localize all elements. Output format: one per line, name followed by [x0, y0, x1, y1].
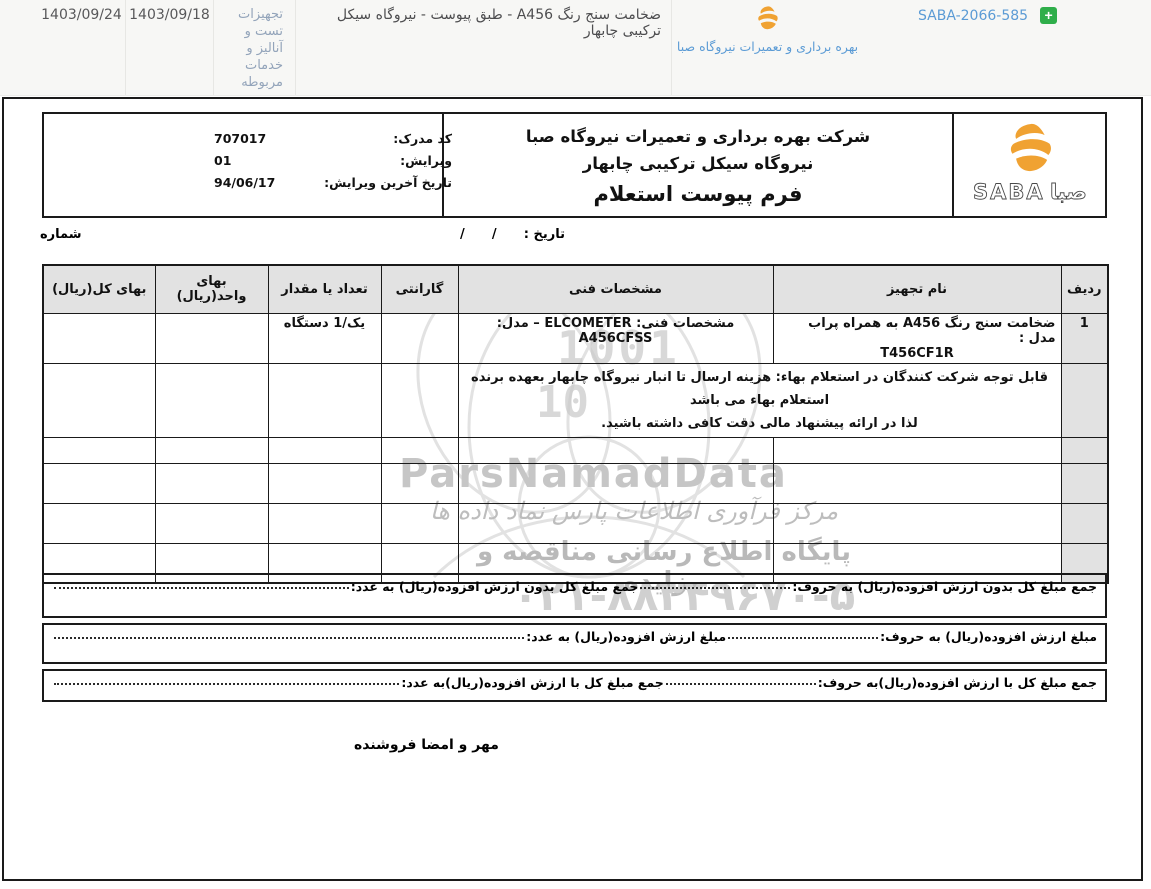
vat-words-label: مبلغ ارزش افزوده(ریال) به حروف: [880, 629, 1097, 644]
company-title: شرکت بهره برداری و تعمیرات نیروگاه صبا [444, 123, 952, 150]
empty-cell [43, 503, 155, 543]
vat-digits-label: مبلغ ارزش افزوده(ریال) به عدد: [526, 629, 726, 644]
table-row: 1 ضخامت سنج رنگ A456 به همراه پراب مدل :… [43, 313, 1108, 363]
total-without-vat-words-label: جمع مبلغ کل بدون ارزش افزوده(ریال) به حر… [792, 579, 1097, 594]
empty-cell [155, 463, 268, 503]
note-line1: قابل توجه شرکت کنندگان در استعلام بهاء: … [464, 366, 1056, 412]
dotted-fill [54, 579, 349, 589]
items-table: ردیف نام تجهیز مشخصات فنی گارانتی تعداد … [42, 264, 1109, 584]
item-unit-price-cell [155, 313, 268, 363]
reference-cell: SABA-2066-585 + [863, 0, 1151, 95]
publish-date: 1403/09/18 [125, 0, 213, 95]
form-title: فرم پیوست استعلام [444, 177, 952, 211]
dotted-fill [728, 629, 878, 639]
listing-title-cell: ضخامت سنج رنگ A456 - طبق پیوست - نیروگاه… [295, 0, 671, 95]
date-number-line: تاریخ : / / شماره [4, 227, 1141, 247]
company-logo-cell: SABA صبا [952, 114, 1105, 216]
number-label: شماره [40, 227, 82, 242]
total-with-vat-words-label: جمع مبلغ کل با ارزش افزوده(ریال)به حروف: [818, 675, 1097, 690]
dotted-fill [640, 579, 790, 589]
note-cell: قابل توجه شرکت کنندگان در استعلام بهاء: … [458, 363, 1061, 437]
total-without-vat-box: جمع مبلغ کل بدون ارزش افزوده(ریال) به حر… [42, 573, 1107, 618]
logo-latin-text: SABA [973, 180, 1045, 204]
empty-cell [773, 463, 1061, 503]
empty-row [43, 437, 1108, 463]
empty-cell [268, 463, 381, 503]
item-total-price-cell [43, 313, 155, 363]
col-header-specs: مشخصات فنی [458, 265, 773, 313]
col-header-unit-price: بهای واحد(ریال) [155, 265, 268, 313]
category-text: تجهیزات تست و آنالیز و خدمات مربوطه [238, 7, 283, 90]
item-warranty-cell [381, 313, 458, 363]
total-with-vat-box: جمع مبلغ کل با ارزش افزوده(ریال)به حروف:… [42, 669, 1107, 702]
empty-row-no-cell [1061, 503, 1108, 543]
deadline-date: 1403/09/24 [38, 0, 125, 95]
empty-cell [155, 363, 268, 437]
dotted-fill [666, 675, 816, 685]
note-line2: لذا در ارائه پیشنهاد مالی دقت کافی داشته… [464, 412, 1056, 435]
saba-logo-icon [753, 4, 783, 34]
form-titles: شرکت بهره برداری و تعمیرات نیروگاه صبا ن… [444, 114, 952, 216]
table-header-row: ردیف نام تجهیز مشخصات فنی گارانتی تعداد … [43, 265, 1108, 313]
item-name-line2: T456CF1R [779, 346, 1056, 361]
empty-cell [458, 437, 773, 463]
empty-cell [43, 463, 155, 503]
reference-link[interactable]: SABA-2066-585 [918, 8, 1028, 24]
empty-cell [268, 437, 381, 463]
dotted-fill [54, 675, 399, 685]
empty-cell [381, 363, 458, 437]
note-row-no-cell [1061, 363, 1108, 437]
col-header-total-price: بهای کل(ریال) [43, 265, 155, 313]
seller-signature-label: مهر و امضا فروشنده [354, 737, 499, 753]
empty-row-no-cell [1061, 437, 1108, 463]
item-name-line1: ضخامت سنج رنگ A456 به همراه پراب مدل : [779, 316, 1056, 346]
empty-cell [773, 503, 1061, 543]
total-without-vat-digits-label: جمع مبلغ کل بدون ارزش افزوده(ریال) به عد… [351, 579, 639, 594]
empty-cell [43, 363, 155, 437]
col-header-quantity: تعداد یا مقدار [268, 265, 381, 313]
category-cell: تجهیزات تست و آنالیز و خدمات مربوطه [213, 0, 295, 95]
empty-cell [268, 503, 381, 543]
logo-farsi-text: صبا [1050, 180, 1087, 204]
org-logo-cell: بهره برداری و تعمیرات نیروگاه صبا [671, 0, 863, 95]
empty-cell [458, 463, 773, 503]
vat-amount-box: مبلغ ارزش افزوده(ریال) به حروف: مبلغ ارز… [42, 623, 1107, 664]
topbar: 1403/09/24 1403/09/18 تجهیزات تست و آنال… [0, 0, 1151, 96]
deadline-date-text: 1403/09/24 [41, 7, 122, 23]
empty-cell [43, 437, 155, 463]
doc-code-value: 707017 [214, 128, 266, 150]
saba-logo: SABA صبا [955, 119, 1105, 211]
empty-cell [458, 503, 773, 543]
document-page: 010101 1001 10 ParsNamadData مرکز فرآوری… [2, 97, 1143, 881]
doc-revdate-label: تاریخ آخرین ویرایش: [324, 172, 452, 194]
empty-row [43, 463, 1108, 503]
document-meta: کد مدرک: 707017 ویرایش: 01 تاریخ آخرین و… [44, 114, 444, 216]
empty-cell [381, 463, 458, 503]
form-header-box: کد مدرک: 707017 ویرایش: 01 تاریخ آخرین و… [42, 112, 1107, 218]
listing-title: ضخامت سنج رنگ A456 - طبق پیوست - نیروگاه… [337, 7, 661, 39]
add-plus-button[interactable]: + [1040, 7, 1057, 24]
dotted-fill [54, 629, 524, 639]
empty-cell [381, 437, 458, 463]
org-name: بهره برداری و تعمیرات نیروگاه صبا [672, 39, 863, 54]
item-qty-cell: یک/1 دستگاه [268, 313, 381, 363]
empty-row [43, 503, 1108, 543]
col-header-equipment: نام تجهیز [773, 265, 1061, 313]
item-row-no: 1 [1061, 313, 1108, 363]
total-with-vat-digits-label: جمع مبلغ کل با ارزش افزوده(ریال)به عدد: [401, 675, 663, 690]
empty-cell [155, 503, 268, 543]
publish-date-text: 1403/09/18 [129, 7, 210, 23]
item-name-cell: ضخامت سنج رنگ A456 به همراه پراب مدل : T… [773, 313, 1061, 363]
item-spec-cell: مشخصات فنی: ELCOMETER – مدل: A456CFSS [458, 313, 773, 363]
empty-cell [155, 437, 268, 463]
doc-rev-value: 01 [214, 150, 231, 172]
date-label: تاریخ : / / [460, 227, 565, 242]
empty-cell [381, 503, 458, 543]
empty-row-no-cell [1061, 463, 1108, 503]
col-header-warranty: گارانتی [381, 265, 458, 313]
empty-cell [268, 363, 381, 437]
doc-revdate-value: 94/06/17 [214, 172, 275, 194]
col-header-row-no: ردیف [1061, 265, 1108, 313]
plant-title: نیروگاه سیکل ترکیبی چابهار [444, 150, 952, 177]
empty-cell [773, 437, 1061, 463]
note-row: قابل توجه شرکت کنندگان در استعلام بهاء: … [43, 363, 1108, 437]
